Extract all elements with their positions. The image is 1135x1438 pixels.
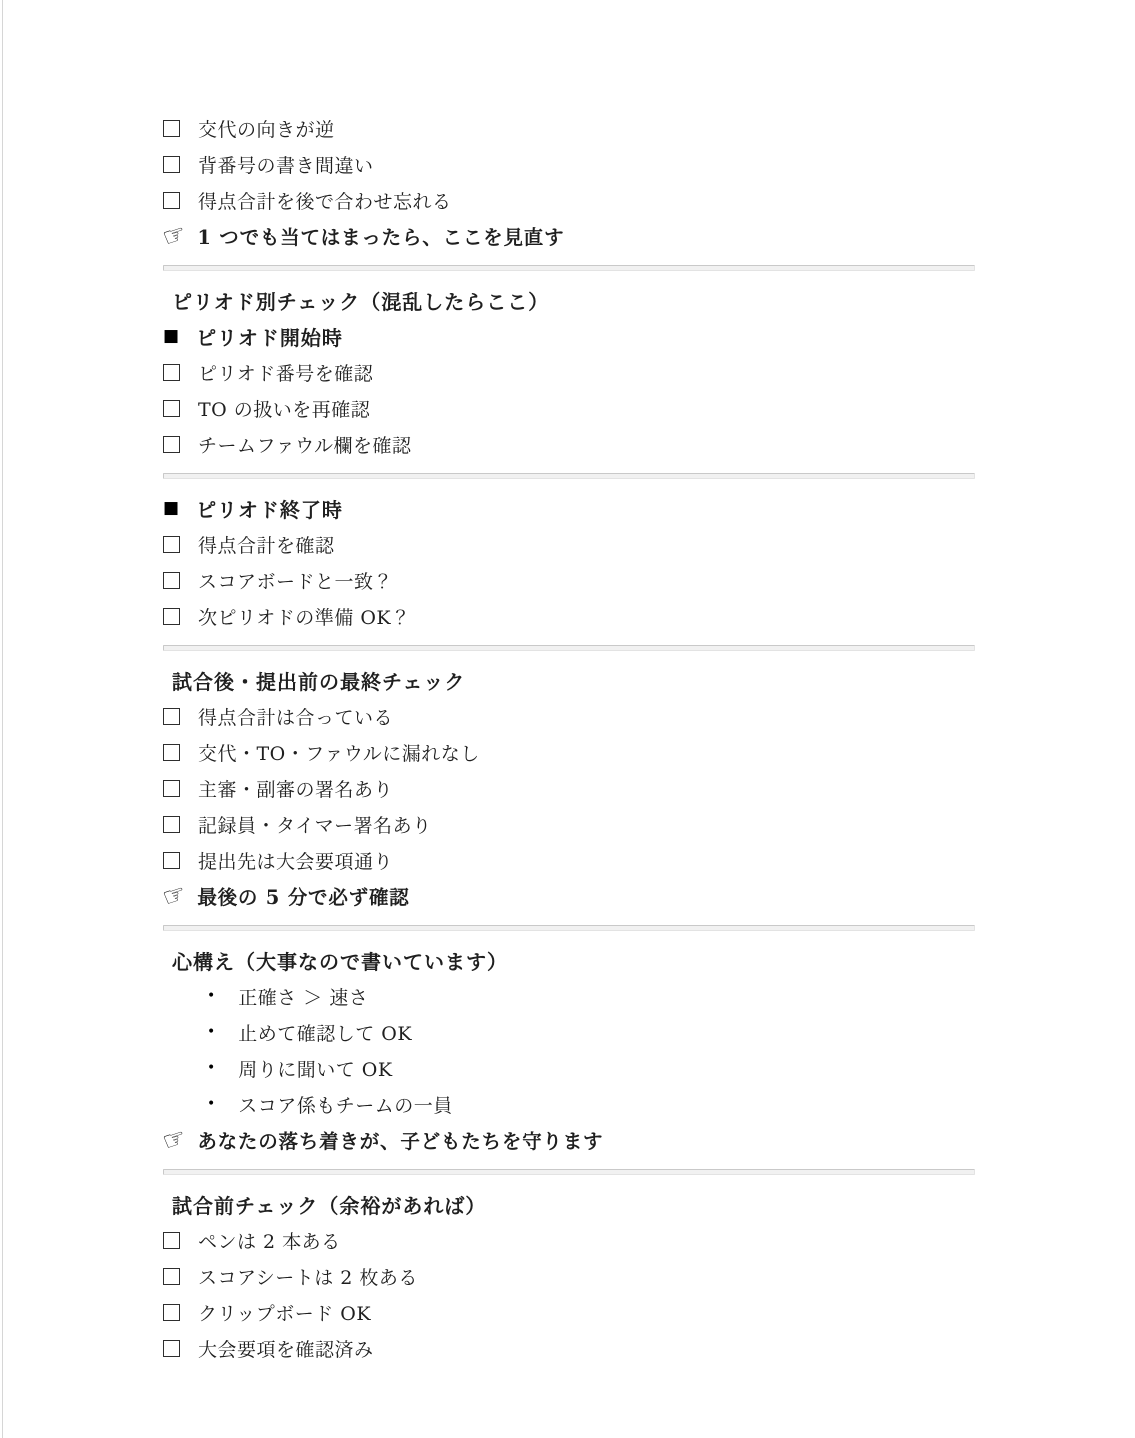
document-page: { "document": { "language": "ja", "text_…	[0, 0, 1135, 1438]
checklist-item-label: 記録員・タイマー署名あり	[198, 811, 432, 838]
checklist-item: 交代の向きが逆	[163, 110, 975, 146]
checklist-item-label: 背番号の書き間違い	[198, 151, 374, 178]
checklist-item-label: 交代の向きが逆	[198, 115, 335, 142]
checkbox-icon	[163, 156, 180, 173]
section-divider	[163, 645, 975, 651]
checklist-item-label: ピリオド番号を確認	[198, 359, 373, 386]
checkbox-icon	[163, 536, 180, 553]
bullet-icon: •	[207, 1025, 215, 1039]
checklist-item: 提出先は大会要項通り	[163, 842, 975, 878]
section-header-label: ピリオド別チェック（混乱したらここ）	[172, 286, 549, 315]
checklist-item: ピリオド番号を確認	[163, 354, 975, 390]
bullet-icon: •	[207, 1061, 215, 1075]
checklist-item-label: 得点合計を確認	[198, 531, 335, 558]
bullet-item: • スコア係もチームの一員	[163, 1086, 975, 1122]
checkbox-icon	[163, 852, 180, 869]
checklist-item: ペンは 2 本ある	[163, 1222, 975, 1258]
note-text: あなたの落ち着きが、子どもたちを守ります	[197, 1126, 603, 1154]
checklist-item: 記録員・タイマー署名あり	[163, 806, 975, 842]
pointing-hand-icon: ☞	[160, 1124, 190, 1156]
checklist-item-label: 主審・副審の署名あり	[198, 775, 393, 802]
note-text: 最後の 5 分で必ず確認	[197, 882, 409, 910]
checklist-item: スコアシートは 2 枚ある	[163, 1258, 975, 1294]
section-divider	[163, 473, 975, 479]
section-pregame-check: 試合前チェック（余裕があれば） ペンは 2 本ある スコアシートは 2 枚ある …	[163, 1186, 975, 1366]
bullet-item-label: スコア係もチームの一員	[238, 1091, 453, 1118]
checklist-item-label: スコアボードと一致？	[198, 567, 393, 594]
section-mindset: 心構え（大事なので書いています） • 正確さ ＞ 速さ • 止めて確認して OK…	[163, 942, 975, 1158]
checkbox-icon	[163, 572, 180, 589]
checklist-item-label: チームファウル欄を確認	[198, 431, 412, 458]
section-period-end-check: ■ ピリオド終了時 得点合計を確認 スコアボードと一致？ 次ピリオドの準備 OK…	[163, 490, 975, 634]
note-line: ☞ 最後の 5 分で必ず確認	[163, 878, 975, 914]
note-text: 1 つでも当てはまったら、ここを見直す	[197, 222, 564, 250]
checklist-item-label: 得点合計を後で合わせ忘れる	[198, 187, 452, 214]
checkbox-icon	[163, 436, 180, 453]
checklist-item-label: 次ピリオドの準備 OK？	[198, 603, 411, 630]
pointing-hand-icon: ☞	[160, 880, 190, 912]
bullet-item-label: 止めて確認して OK	[238, 1019, 412, 1046]
checklist-item: チームファウル欄を確認	[163, 426, 975, 462]
checklist-item-label: 提出先は大会要項通り	[198, 847, 393, 874]
checklist-item: クリップボード OK	[163, 1294, 975, 1330]
section-divider	[163, 925, 975, 931]
checklist-item: 得点合計を確認	[163, 526, 975, 562]
filled-square-icon: ■	[163, 500, 179, 517]
checklist-item: 次ピリオドの準備 OK？	[163, 598, 975, 634]
checklist-item: TO の扱いを再確認	[163, 390, 975, 426]
checklist-item: 得点合計を後で合わせ忘れる	[163, 182, 975, 218]
checkbox-icon	[163, 364, 180, 381]
checklist-item-label: TO の扱いを再確認	[198, 395, 370, 422]
checklist-item: スコアボードと一致？	[163, 562, 975, 598]
section-header: ピリオド別チェック（混乱したらここ）	[163, 282, 975, 318]
checkbox-icon	[163, 608, 180, 625]
subsection-header-label: ピリオド終了時	[196, 494, 343, 523]
section-period-check: ピリオド別チェック（混乱したらここ） ■ ピリオド開始時 ピリオド番号を確認 T…	[163, 282, 975, 462]
section-final-check: 試合後・提出前の最終チェック 得点合計は合っている 交代・TO・ファウルに漏れな…	[163, 662, 975, 914]
section-header-label: 心構え（大事なので書いています）	[172, 946, 508, 975]
checklist-item-label: クリップボード OK	[198, 1299, 371, 1326]
checklist-item-label: ペンは 2 本ある	[198, 1227, 341, 1254]
section-divider	[163, 265, 975, 271]
checkbox-icon	[163, 120, 180, 137]
checkbox-icon	[163, 1232, 180, 1249]
checklist-item: 得点合計は合っている	[163, 698, 975, 734]
checklist-item-label: スコアシートは 2 枚ある	[198, 1263, 418, 1290]
checklist-item: 交代・TO・ファウルに漏れなし	[163, 734, 975, 770]
bullet-icon: •	[207, 989, 215, 1003]
filled-square-icon: ■	[163, 328, 179, 345]
checklist-item: 背番号の書き間違い	[163, 146, 975, 182]
checkbox-icon	[163, 400, 180, 417]
section-header: 試合後・提出前の最終チェック	[163, 662, 975, 698]
checkbox-icon	[163, 780, 180, 797]
bullet-item-label: 周りに聞いて OK	[238, 1055, 392, 1082]
subsection-header: ■ ピリオド開始時	[163, 318, 975, 354]
checklist-item: 主審・副審の署名あり	[163, 770, 975, 806]
bullet-item-label: 正確さ ＞ 速さ	[238, 983, 368, 1010]
section-header-label: 試合後・提出前の最終チェック	[172, 666, 465, 695]
section-divider	[163, 1169, 975, 1175]
bullet-item: • 止めて確認して OK	[163, 1014, 975, 1050]
checklist-item-label: 交代・TO・ファウルに漏れなし	[198, 739, 480, 766]
section-header-label: 試合前チェック（余裕があれば）	[172, 1190, 486, 1219]
section-header: 心構え（大事なので書いています）	[163, 942, 975, 978]
bullet-item: • 正確さ ＞ 速さ	[163, 978, 975, 1014]
checkbox-icon	[163, 816, 180, 833]
page-left-edge	[2, 0, 3, 1438]
checkbox-icon	[163, 708, 180, 725]
note-line: ☞ あなたの落ち着きが、子どもたちを守ります	[163, 1122, 975, 1158]
checkbox-icon	[163, 1304, 180, 1321]
checklist-item-label: 大会要項を確認済み	[198, 1335, 374, 1362]
checklist-item: 大会要項を確認済み	[163, 1330, 975, 1366]
section-header: 試合前チェック（余裕があれば）	[163, 1186, 975, 1222]
subsection-header: ■ ピリオド終了時	[163, 490, 975, 526]
checkbox-icon	[163, 1340, 180, 1357]
subsection-header-label: ピリオド開始時	[196, 322, 343, 351]
checklist-document: 交代の向きが逆 背番号の書き間違い 得点合計を後で合わせ忘れる ☞ 1 つでも当…	[163, 110, 975, 1366]
section-mistake-checklist-tail: 交代の向きが逆 背番号の書き間違い 得点合計を後で合わせ忘れる ☞ 1 つでも当…	[163, 110, 975, 254]
bullet-item: • 周りに聞いて OK	[163, 1050, 975, 1086]
checkbox-icon	[163, 744, 180, 761]
note-line: ☞ 1 つでも当てはまったら、ここを見直す	[163, 218, 975, 254]
checkbox-icon	[163, 192, 180, 209]
bullet-icon: •	[207, 1097, 215, 1111]
checkbox-icon	[163, 1268, 180, 1285]
checklist-item-label: 得点合計は合っている	[198, 703, 393, 730]
pointing-hand-icon: ☞	[160, 220, 190, 252]
